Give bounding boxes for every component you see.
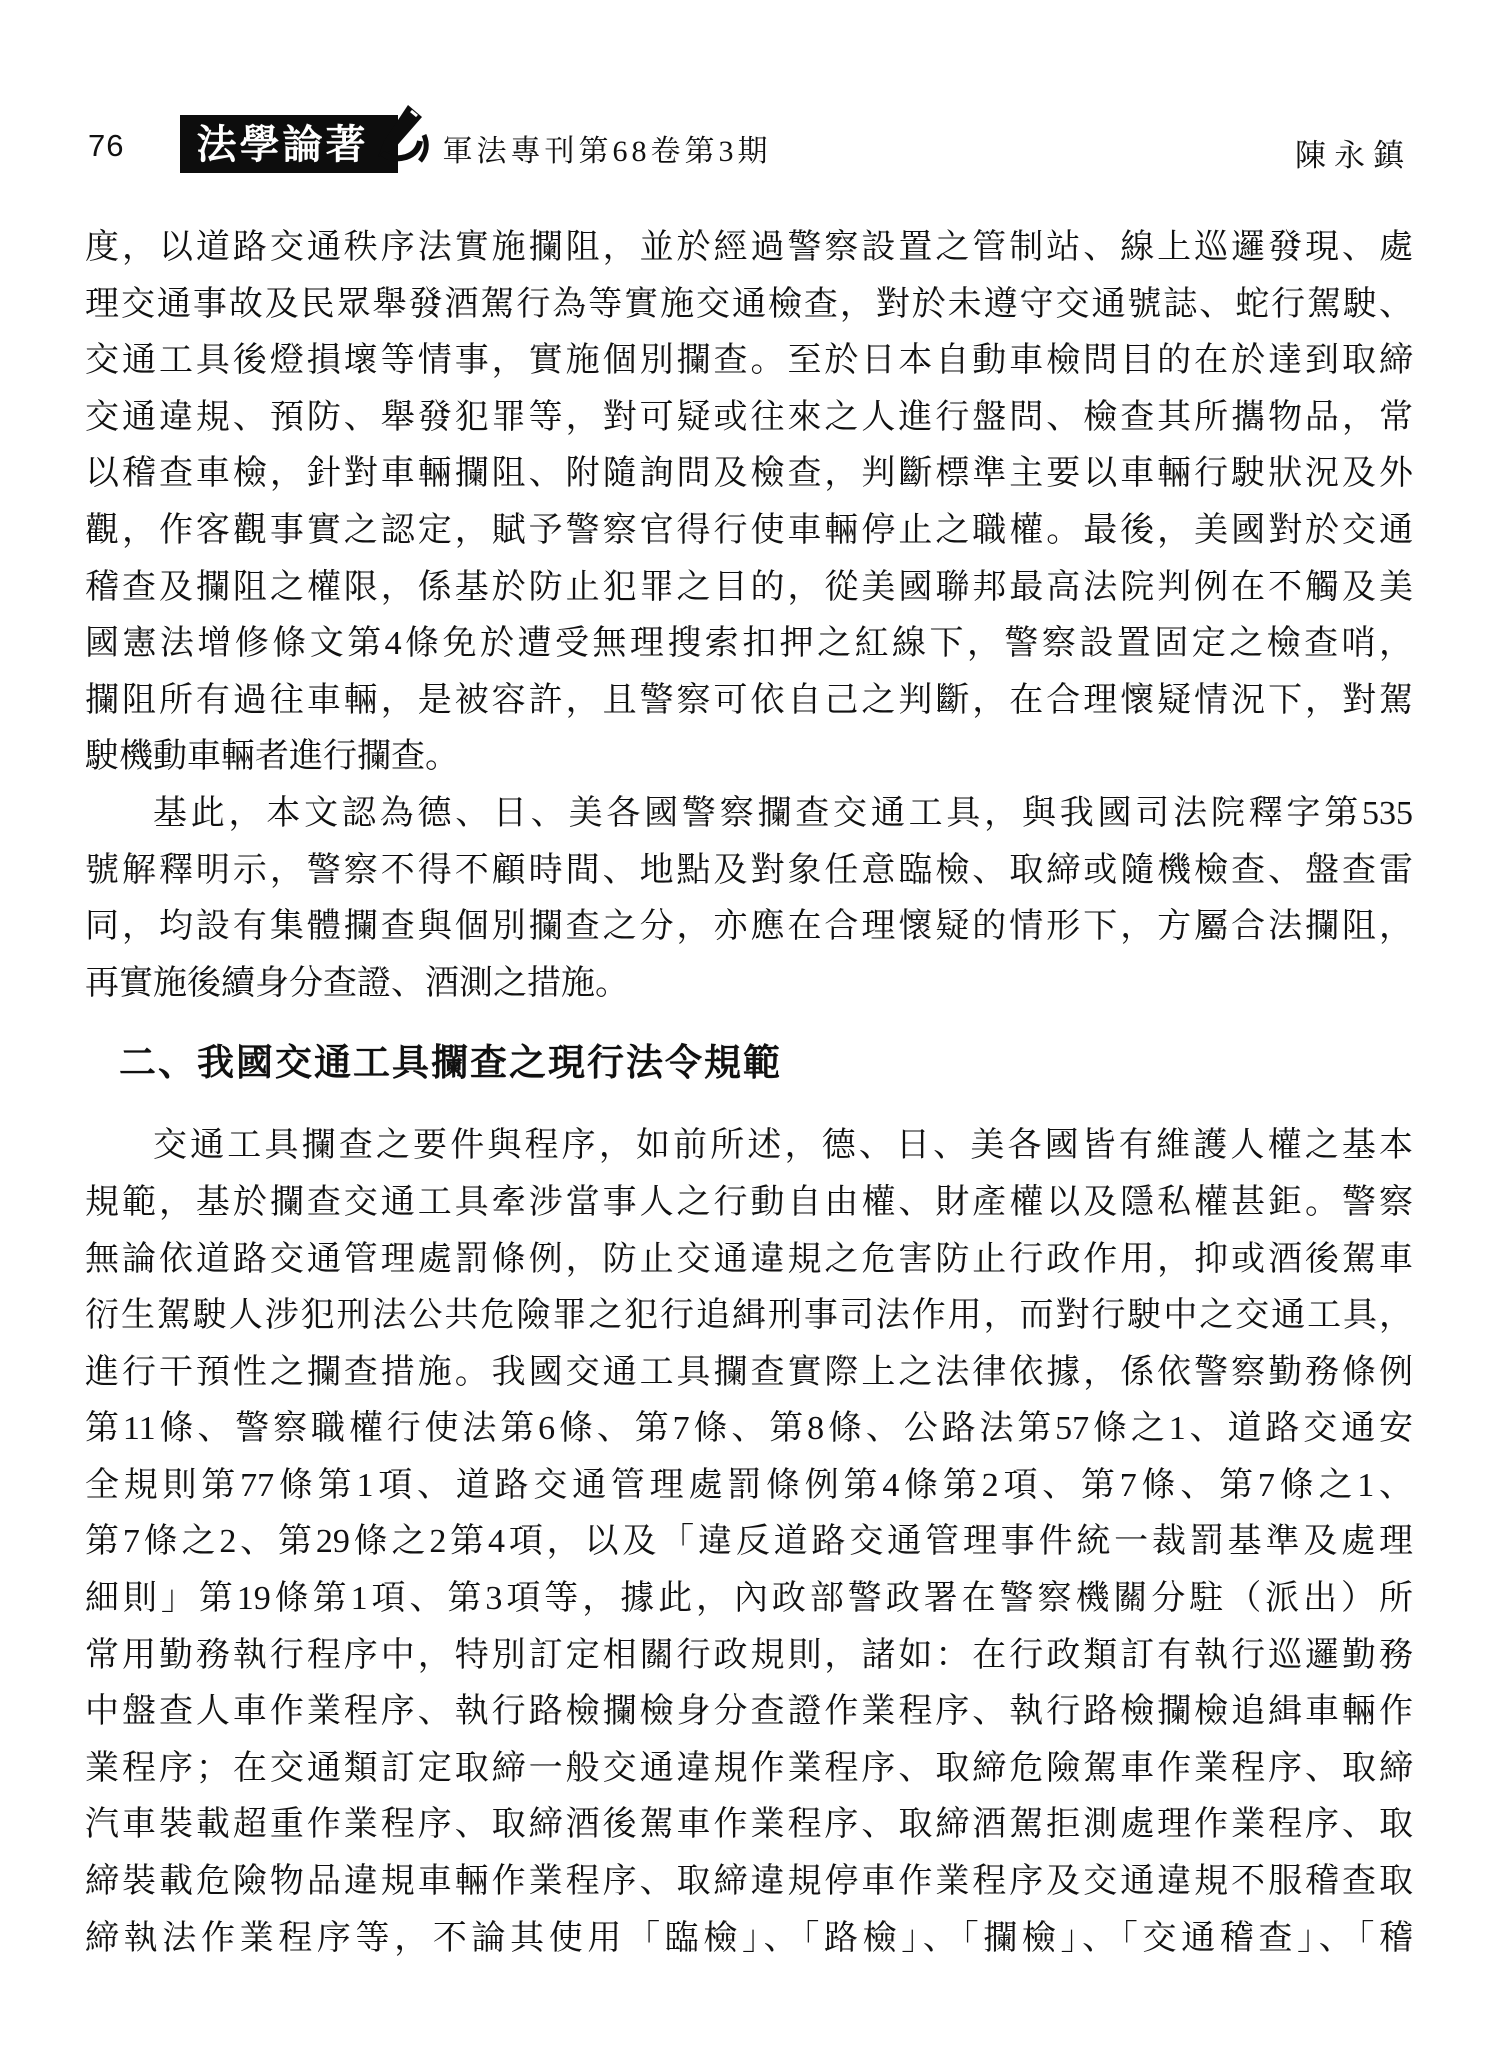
text-line: 細則」第19條第1項、第3項等，據此，內政部警政署在警察機關分駐（派出）所 xyxy=(85,1571,1413,1628)
text-line: 以稽查車檢，針對車輛攔阻、附隨詢問及檢查，判斷標準主要以車輛行駛狀況及外 xyxy=(85,446,1413,503)
writing-hand-pen-icon xyxy=(364,101,438,175)
page-number: 76 xyxy=(88,128,124,164)
text-line: 觀，作客觀事實之認定，賦予警察官得行使車輛停止之職權。最後，美國對於交通 xyxy=(85,503,1413,560)
column-logo-label: 法學論著 xyxy=(196,119,368,171)
text-line: 無論依道路交通管理處罰條例，防止交通違規之危害防止行政作用，抑或酒後駕車 xyxy=(85,1232,1413,1289)
text-line: 汽車裝載超重作業程序、取締酒後駕車作業程序、取締酒駕拒測處理作業程序、取 xyxy=(85,1797,1413,1854)
paragraph-taiwan-regulations: 交通工具攔查之要件與程序，如前所述，德、日、美各國皆有維護人權之基本規範，基於攔… xyxy=(85,1118,1413,1967)
article-body: 度，以道路交通秩序法實施攔阻，並於經過警察設置之管制站、線上巡邏發現、處理交通事… xyxy=(85,220,1413,1967)
text-line: 交通工具攔查之要件與程序，如前所述，德、日、美各國皆有維護人權之基本 xyxy=(85,1118,1413,1175)
paragraph-comparative-law: 度，以道路交通秩序法實施攔阻，並於經過警察設置之管制站、線上巡邏發現、處理交通事… xyxy=(85,220,1413,786)
journal-issue-info: 軍法專刊第68卷第3期 xyxy=(442,126,771,170)
text-line: 交通工具後燈損壞等情事，實施個別攔查。至於日本自動車檢問目的在於達到取締 xyxy=(85,333,1413,390)
text-line: 締裝載危險物品違規車輛作業程序、取締違規停車作業程序及交通違規不服稽查取 xyxy=(85,1854,1413,1911)
text-line: 號解釋明示，警察不得不顧時間、地點及對象任意臨檢、取締或隨機檢查、盤查雷 xyxy=(85,843,1413,900)
text-line: 締執法作業程序等，不論其使用「臨檢」、「路檢」、「攔檢」、「交通稽查」、「稽 xyxy=(85,1911,1413,1968)
text-line: 第7條之2、第29條之2第4項，以及「違反道路交通管理事件統一裁罰基準及處理 xyxy=(85,1514,1413,1571)
text-line: 同，均設有集體攔查與個別攔查之分，亦應在合理懷疑的情形下，方屬合法攔阻， xyxy=(85,899,1413,956)
text-line: 度，以道路交通秩序法實施攔阻，並於經過警察設置之管制站、線上巡邏發現、處 xyxy=(85,220,1413,277)
text-line: 進行干預性之攔查措施。我國交通工具攔查實際上之法律依據，係依警察勤務條例 xyxy=(85,1345,1413,1402)
text-line: 理交通事故及民眾舉發酒駕行為等實施交通檢查，對於未遵守交通號誌、蛇行駕駛、 xyxy=(85,277,1413,334)
page-header: 76 法學論著 軍法專刊第68卷第3期 陳永鎮 xyxy=(88,103,1412,175)
section-heading: 二、我國交通工具攔查之現行法令規範 xyxy=(119,1038,1413,1088)
text-line: 國憲法增修條文第4條免於遭受無理搜索扣押之紅線下，警察設置固定之檢查哨， xyxy=(85,616,1413,673)
text-line: 常用勤務執行程序中，特別訂定相關行政規則，諸如：在行政類訂有執行巡邏勤務 xyxy=(85,1628,1413,1685)
text-line: 再實施後續身分查證、酒測之措施。 xyxy=(85,956,1413,1013)
text-line: 駛機動車輛者進行攔查。 xyxy=(85,729,1413,786)
text-line: 全規則第77條第1項、道路交通管理處罰條例第4條第2項、第7條、第7條之1、 xyxy=(85,1458,1413,1515)
text-line: 攔阻所有過往車輛，是被容許，且警察可依自己之判斷，在合理懷疑情況下，對駕 xyxy=(85,673,1413,730)
text-line: 交通違規、預防、舉發犯罪等，對可疑或往來之人進行盤問、檢查其所攜物品，常 xyxy=(85,390,1413,447)
text-line: 第11條、警察職權行使法第6條、第7條、第8條、公路法第57條之1、道路交通安 xyxy=(85,1401,1413,1458)
text-line: 基此，本文認為德、日、美各國警察攔查交通工具，與我國司法院釋字第535 xyxy=(85,786,1413,843)
text-line: 業程序；在交通類訂定取締一般交通違規作業程序、取締危險駕車作業程序、取締 xyxy=(85,1741,1413,1798)
text-line: 中盤查人車作業程序、執行路檢攔檢身分查證作業程序、執行路檢攔檢追緝車輛作 xyxy=(85,1684,1413,1741)
author-name: 陳永鎮 xyxy=(1295,130,1412,175)
text-line: 規範，基於攔查交通工具牽涉當事人之行動自由權、財產權以及隱私權甚鉅。警察 xyxy=(85,1175,1413,1232)
text-line: 衍生駕駛人涉犯刑法公共危險罪之犯行追緝刑事司法作用，而對行駛中之交通工具， xyxy=(85,1288,1413,1345)
text-line: 稽查及攔阻之權限，係基於防止犯罪之目的，從美國聯邦最高法院判例在不觸及美 xyxy=(85,560,1413,617)
paragraph-conclusion-j535: 基此，本文認為德、日、美各國警察攔查交通工具，與我國司法院釋字第535號解釋明示… xyxy=(85,786,1413,1012)
document-page: 76 法學論著 軍法專刊第68卷第3期 陳永鎮 度，以道路交通秩序法實施攔阻，並… xyxy=(0,0,1498,2048)
